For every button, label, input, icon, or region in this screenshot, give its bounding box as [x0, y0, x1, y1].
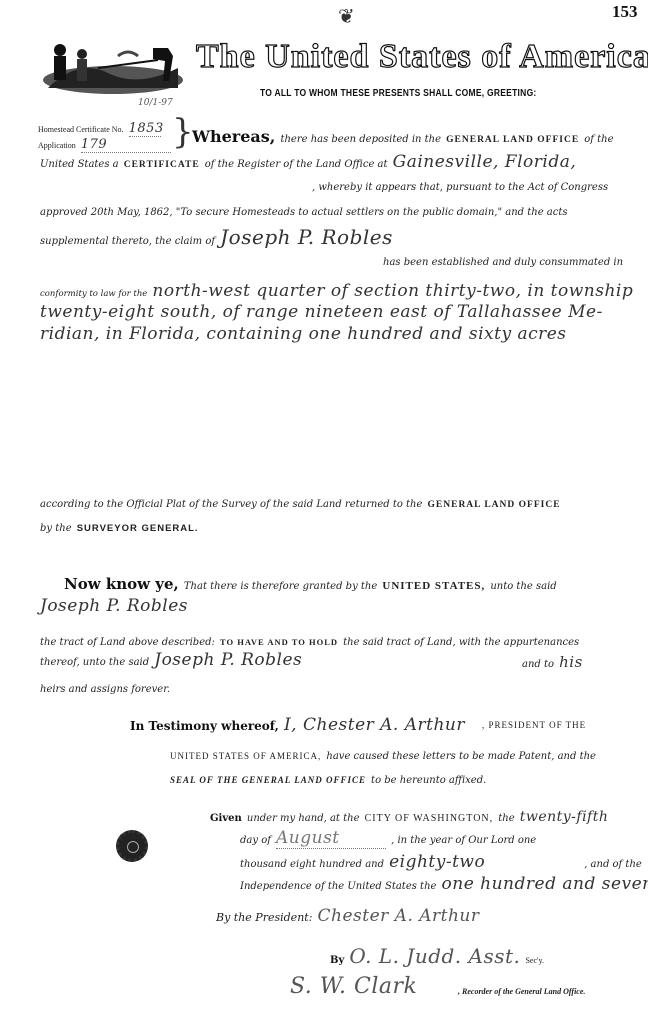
grantee-name-2: Joseph P. Robles: [154, 650, 302, 670]
whereas-lead: Whereas,: [192, 127, 275, 146]
month: August: [276, 828, 386, 849]
grantee-name: Joseph P. Robles: [40, 596, 188, 616]
brace-icon: }: [172, 112, 194, 152]
grant-heirs: and to his: [522, 652, 583, 671]
president-signature: Chester A. Arthur: [318, 906, 480, 926]
grant-line-4: thereof, unto the said Joseph P. Robles: [40, 650, 302, 670]
page-number: 153: [612, 2, 638, 22]
given-line-1: Given under my hand, at the CITY OF WASH…: [210, 806, 608, 825]
whereas-line-3: , whereby it appears that, pursuant to t…: [312, 182, 608, 193]
document-title: The United States of America,: [196, 38, 648, 76]
recorder-signature: S. W. Clark: [290, 974, 417, 999]
land-description-1: north-west quarter of section thirty-two…: [152, 281, 633, 301]
whereas-line-6: has been established and duly consummate…: [383, 257, 623, 268]
day: twenty-fifth: [520, 809, 609, 825]
testimony-line-3: SEAL OF THE GENERAL LAND OFFICE to be he…: [170, 768, 486, 787]
application-label: Application: [38, 141, 76, 150]
whereas-line-2: United States a CERTIFICATE of the Regis…: [40, 152, 576, 172]
testimony-caps-1: , PRESIDENT OF THE: [482, 720, 586, 730]
secretary-signature-row: By O. L. Judd. Asst. Sec'y.: [330, 944, 544, 968]
application-number: 179: [81, 137, 171, 153]
seal-icon: [116, 830, 148, 862]
land-office-location: Gainesville, Florida,: [393, 152, 577, 172]
application-number-row: Application 179: [38, 133, 171, 153]
whereas-line-1: Whereas, there has been deposited in the…: [192, 127, 614, 146]
recorder-signature-row: S. W. Clark: [290, 974, 417, 999]
land-description-3: ridian, in Florida, containing one hundr…: [40, 324, 567, 344]
recorder-label: , Recorder of the General Land Office.: [458, 987, 585, 996]
claimant-name: Joseph P. Robles: [220, 225, 393, 249]
year: eighty-two: [389, 852, 579, 872]
testimony-lead: In Testimony whereof,: [130, 719, 279, 733]
grant-lead: Now know ye,: [64, 575, 179, 593]
grant-line-3: the tract of Land above described: TO HA…: [40, 630, 579, 649]
given-lead: Given: [210, 813, 242, 824]
plat-line-2: by the SURVEYOR GENERAL.: [40, 516, 199, 535]
farming-vignette-icon: [38, 38, 188, 98]
given-line-4: Independence of the United States the on…: [240, 874, 648, 894]
whereas-line-5: supplemental thereto, the claim of Josep…: [40, 225, 393, 249]
grant-line-1: Now know ye, That there is therefore gra…: [64, 574, 557, 593]
flourish-icon: ❦: [338, 4, 355, 28]
greeting: TO ALL TO WHOM THESE PRESENTS SHALL COME…: [260, 88, 537, 99]
given-line-2: day of August , in the year of Our Lord …: [240, 828, 536, 849]
plat-line-1: according to the Official Plat of the Su…: [40, 492, 561, 511]
whereas-line-7: conformity to law for the north-west qua…: [40, 281, 633, 301]
testimony-line-1: In Testimony whereof, I, Chester A. Arth…: [130, 715, 465, 735]
land-description-2: twenty-eight south, of range nineteen ea…: [40, 302, 603, 322]
vignette-note: 10/1-97: [138, 98, 173, 108]
grant-line-5: heirs and assigns forever.: [40, 684, 170, 695]
president-name: I, Chester A. Arthur: [284, 715, 465, 735]
independence-year: one hundred and seventh: [442, 874, 648, 894]
secretary-signature: O. L. Judd. Asst.: [349, 944, 520, 968]
pronoun: his: [559, 653, 583, 671]
given-line-3: thousand eight hundred and eighty-two , …: [240, 852, 642, 872]
testimony-line-2: UNITED STATES OF AMERICA, have caused th…: [170, 744, 596, 763]
president-signature-row: By the President: Chester A. Arthur: [216, 906, 480, 926]
whereas-line-4: approved 20th May, 1862, "To secure Home…: [40, 207, 568, 218]
